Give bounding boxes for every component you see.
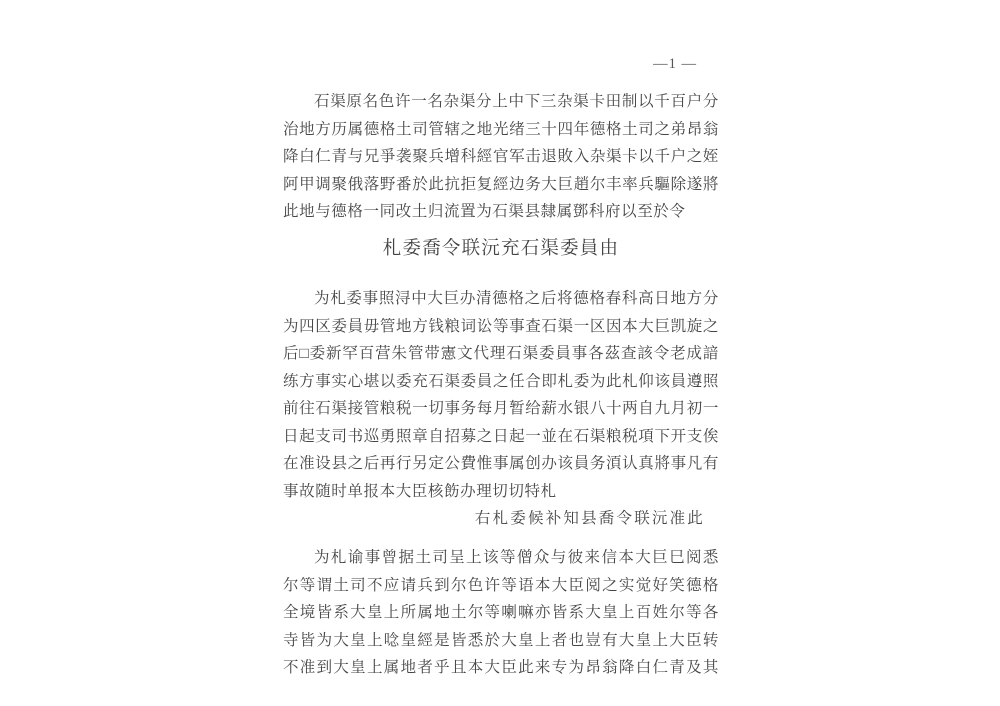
- document-page: —1 — 石渠原名色许一名杂渠分上中下三杂渠卡田制以千百户分 治地方历属德格土司…: [0, 0, 1000, 706]
- opening-paragraph: 石渠原名色许一名杂渠分上中下三杂渠卡田制以千百户分 治地方历属德格土司管辖之地光…: [283, 88, 719, 226]
- text-line: 日起支司书巡勇照章自招募之日起一並在石渠粮税項下开支俟: [283, 423, 719, 451]
- text-line: 尔等谓土司不应请兵到尔色许等语本大臣阅之实觉好笑德格: [283, 572, 719, 600]
- text-line: 治地方历属德格土司管辖之地光绪三十四年德格土司之弟昂翁: [283, 116, 719, 144]
- text-line: 练方事实心堪以委充石渠委員之任合即札委为此札仰该員遵照: [283, 368, 719, 396]
- appointment-paragraph: 为札委事照浔中大巨办清德格之后将德格春科高日地方分 为四区委員毋管地方钱粮词讼等…: [283, 285, 719, 533]
- text-line: 后□委新罕百营朱管带憲文代理石渠委員事各茲查該令老成諳: [283, 340, 719, 368]
- text-line: 此地与德格一同改土归流置为石渠县隸属鄧科府以至於令: [283, 198, 719, 226]
- page-number: —1 —: [283, 56, 719, 73]
- text-line: 在准设县之后再行另定公費惟事属创办该員务湏认真將事凡有: [283, 450, 719, 478]
- instruction-paragraph: 为札谕事曾据土司呈上该等僧众与彼来信本大巨巳阅悉 尔等谓土司不应请兵到尔色许等语…: [283, 544, 719, 682]
- text-line: 阿甲调聚俄落野番於此抗拒复經边务大巨趙尔丰率兵驅除遂將: [283, 171, 719, 199]
- text-line: 为札委事照浔中大巨办清德格之后将德格春科高日地方分: [283, 285, 719, 313]
- text-line: 全境皆系大皇上所属地土尔等喇嘛亦皆系大皇上百姓尔等各: [283, 599, 719, 627]
- text-line: 事故随时单报本大臣核飭办理切切特札: [283, 478, 719, 506]
- text-line: 石渠原名色许一名杂渠分上中下三杂渠卡田制以千百户分: [283, 88, 719, 116]
- section-heading: 札委喬令联沅充石渠委員由: [283, 236, 719, 264]
- text-line: 寺皆为大皇上唸皇經是皆悉於大皇上者也豈有大皇上大臣转: [283, 627, 719, 655]
- text-line: 为札谕事曾据土司呈上该等僧众与彼来信本大巨巳阅悉: [283, 544, 719, 572]
- closing-attribution-line: 右札委候补知县喬令联沅准此: [283, 505, 719, 533]
- text-line: 为四区委員毋管地方钱粮词讼等事查石渠一区因本大巨凯旋之: [283, 313, 719, 341]
- text-line: 前往石渠接管粮税一切事务每月暂给薪水银八十两自九月初一: [283, 395, 719, 423]
- text-line: 不准到大皇上属地者乎且本大臣此来专为昂翁降白仁青及其: [283, 654, 719, 682]
- text-line: 降白仁青与兄爭袭聚兵增科經官军击退敗入杂渠卡以千户之姪: [283, 143, 719, 171]
